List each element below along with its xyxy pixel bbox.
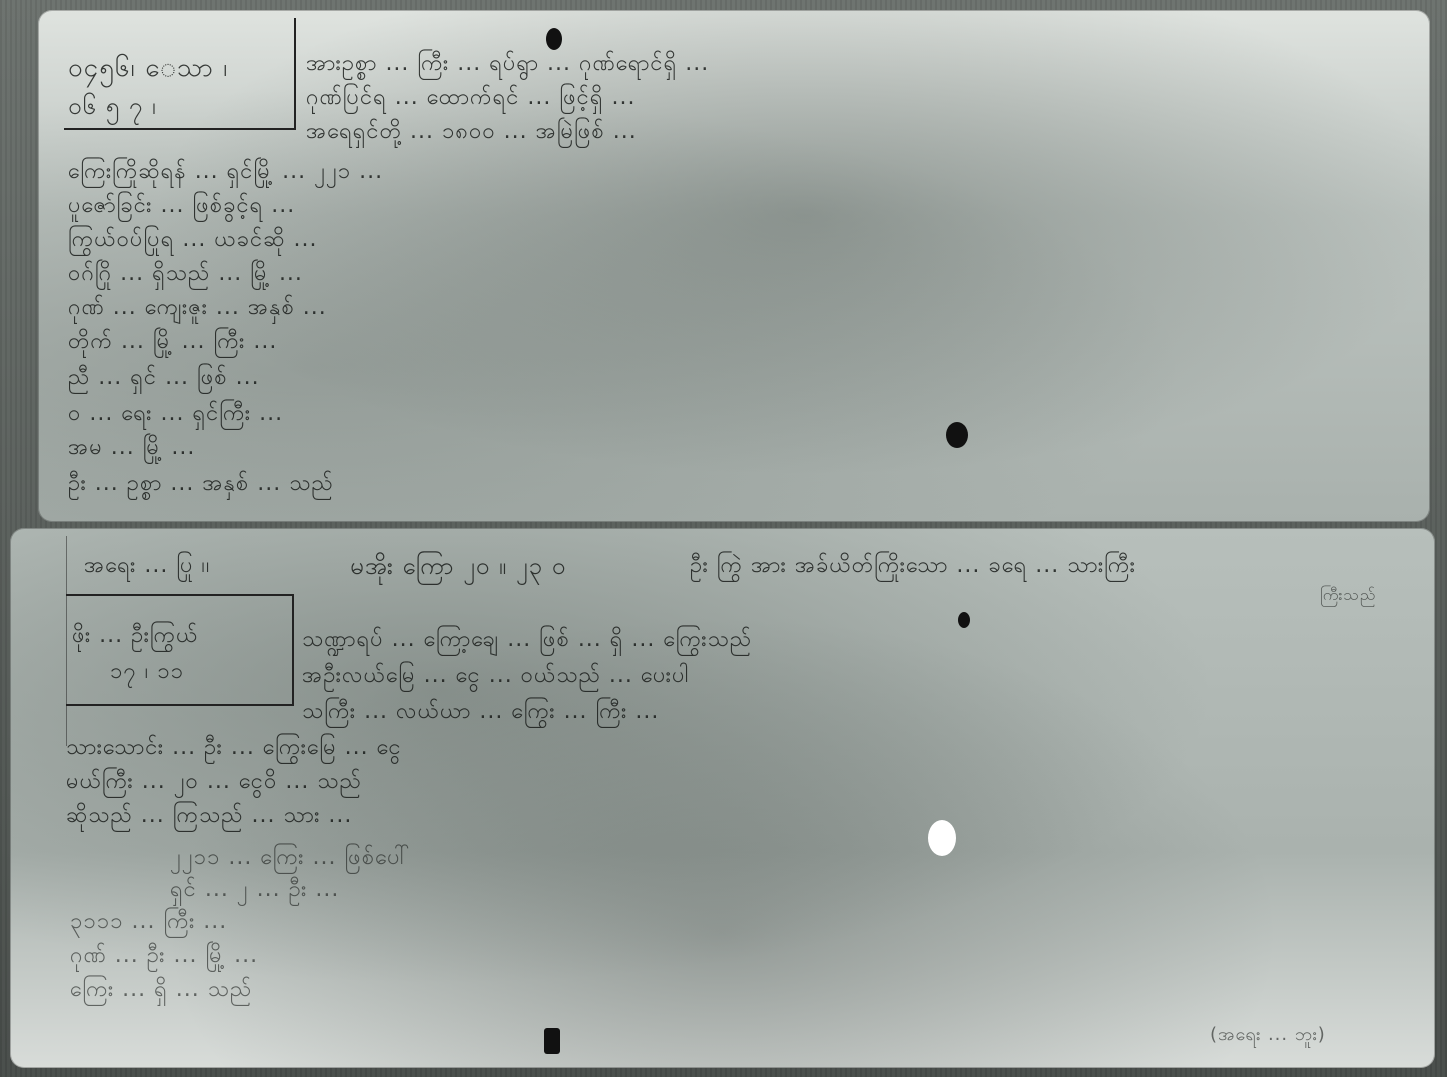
header-left: အရေး ... ပြု ၊၊ (84, 550, 284, 583)
text-line-2: အဦးလယ်မြေ ... ငွေ ... ဝယ်သည် ... ပေးပါ (302, 660, 1422, 693)
text-line-11: ဝ ... ရေး ... ရှင်ကြီး ... (68, 398, 1408, 431)
text-line-13: ဦး ... ဥစ္စာ ... အနှစ် ... သည် (68, 468, 1408, 501)
text-line-5: မယ်ကြီး ... ၂၀ ... ငွေဝိ ... သည် (66, 766, 1426, 799)
text-line-12: အမ ... မြို့ ... (68, 432, 1408, 465)
top-manuscript-panel: ၀၄၅၆၊ ေသာ ၊ ၀၆ ၅ ၇ ၊ အားဥစ္စာ ... ကြီး .… (38, 10, 1430, 522)
header-box-right-rule (294, 18, 296, 130)
header-box-line-1: ၀၄၅၆၊ ေသာ ၊ (68, 50, 288, 89)
text-line-8: ဂုဏ် ... ကျေးဇူး ... အနှစ် ... (68, 292, 1408, 325)
text-line-4: သားသောင်း ... ဦး ... ကြွေးမြေ ... ငွေ (66, 732, 1426, 765)
text-line-6: ဆိုသည် ... ကြသည် ... သား ... (66, 800, 1426, 833)
text-line-5: ပူဇော်ခြင်း ... ဖြစ်ခွင့်ရ ... (68, 190, 1408, 223)
header-box-bottom-rule (64, 128, 296, 130)
side-box-line-1: ဖိုး ... ဦးကြွယ် (72, 620, 286, 653)
side-box-top-rule (66, 594, 294, 596)
text-line-8: ရှင် ... ၂ ... ဦး ... (170, 874, 1430, 907)
text-line-6: ကြွယ်ဝပ်ပြုရ ... ယခင်ဆို ... (68, 224, 1408, 257)
header-right: ဦး ကြွဲ အား အခ်ယိတ်ကြိုးသော ... ခရေ ... … (690, 550, 1410, 583)
ink-blot (546, 28, 562, 50)
text-line-9: တိုက် ... မြို့ ... ကြီး ... (68, 326, 1408, 359)
signature: (အရေး ... ဘူး) (1210, 1022, 1410, 1049)
bottom-manuscript-panel: အရေး ... ပြု ၊၊ မအိုး ကြော ၂၀ ။ ၂၃ ၀ ဦး … (10, 528, 1435, 1068)
text-line-9: ၃၁၁၁ ... ကြီး ... (70, 906, 1430, 939)
header-center: မအိုး ကြော ၂၀ ။ ၂၃ ၀ (350, 550, 650, 586)
text-line-1: အားဥစ္စာ ... ကြီး ... ရပ်ရွာ ... ဂုဏ်ရော… (306, 48, 1406, 81)
text-line-2: ဂုဏ်ပြင်ရ ... ထောက်ရင် ... ဖြင့်ရှိ ... (306, 82, 1406, 115)
ink-blot (946, 422, 968, 448)
header-box-line-2: ၀၆ ၅ ၇ ၊ (68, 90, 288, 126)
text-line-11: ကြေး ... ရှိ ... သည် (70, 974, 1430, 1007)
punch-hole (928, 820, 956, 856)
left-margin-rule (66, 536, 67, 746)
side-box-line-2: ၁၇ ၊ ၁၁ (110, 656, 280, 689)
text-line-3: အရေရှင်တို့ ... ၁၈၀၀ ... အမြဲဖြစ် ... (306, 116, 1406, 149)
ink-blot (958, 612, 970, 628)
side-box-right-rule (292, 594, 294, 706)
text-line-1: သဏ္ဍာရပ် ... ကြော့ချေ ... ဖြစ် ... ရှိ .… (302, 624, 1422, 657)
header-right-sub: ကြီးသည် (1320, 584, 1420, 608)
side-box-bottom-rule (66, 704, 294, 706)
text-line-10: ဂုဏ် ... ဦး ... မြို့ ... (70, 940, 1430, 973)
text-line-4: ကြေးကြိုဆိုရန် ... ရှင်မြို့ ... ၂၂၁ ... (68, 156, 1408, 189)
text-line-10: ညီ ... ရှင် ... ဖြစ် ... (68, 362, 1408, 395)
ink-blot (544, 1028, 560, 1054)
text-line-3: သကြီး ... လယ်ယာ ... ကြွေး ... ကြီး ... (302, 696, 1422, 729)
text-line-7: ၂၂၁၁ ... ကြေး ... ဖြစ်ပေါ် (170, 842, 1430, 875)
text-line-7: ဝဂ်ဂြို ... ရှိသည် ... မြို့ ... (68, 258, 1408, 291)
